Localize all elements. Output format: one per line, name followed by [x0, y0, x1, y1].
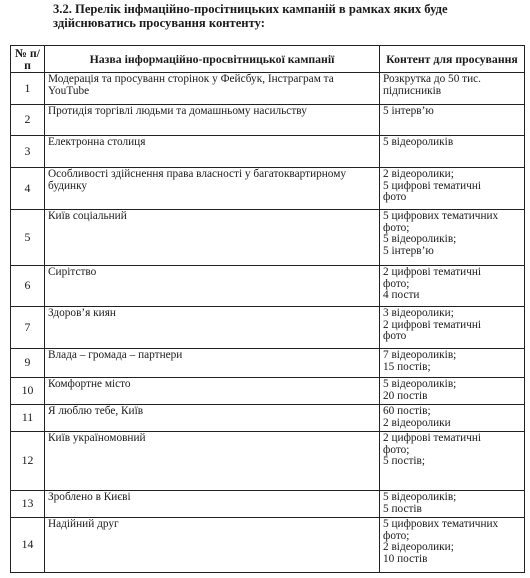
table-row: 13Зроблено в Києві5 відеороликів;5 пості… — [11, 491, 525, 518]
table-row: 12Київ україномовний2 цифрові тематичніф… — [11, 432, 525, 491]
row-number: 5 — [11, 210, 45, 266]
content-item: 15 постів; — [383, 362, 522, 374]
content-item: Розкрутка до 50 тис. — [383, 74, 522, 86]
campaign-content: 5 інтерв’ю — [380, 105, 525, 136]
table-row: 9Влада – громада – партнери7 відеороликі… — [11, 349, 525, 378]
header-campaign-name: Назва інформаційно-просвітницької кампан… — [45, 46, 380, 73]
table-row: 3Електронна столиця5 відеороликів — [11, 136, 525, 168]
campaign-content: 2 відеоролики;5 цифрові тематичніфото — [380, 168, 525, 210]
campaign-content: 3 відеоролики;2 цифрові тематичніфото — [380, 307, 525, 349]
campaign-content: 5 відеороликів;5 постів — [380, 491, 525, 518]
campaign-content: 2 цифрові тематичніфото;4 пости — [380, 266, 525, 307]
content-item: фото — [383, 192, 522, 204]
row-number: 12 — [11, 432, 45, 491]
table-header-row: № п/п Назва інформаційно-просвітницької … — [11, 46, 525, 73]
campaign-name: Влада – громада – партнери — [45, 349, 380, 378]
content-item: 2 відеоролики — [383, 418, 522, 430]
campaign-name: Я люблю тебе, Київ — [45, 405, 380, 432]
row-number: 13 — [11, 491, 45, 518]
table-row: 10Комфортне місто5 відеороликів;20 пості… — [11, 378, 525, 405]
row-number: 9 — [11, 349, 45, 378]
content-item: 5 цифрових тематичних — [383, 211, 522, 223]
campaign-name: Здоров’я киян — [45, 307, 380, 349]
row-number: 11 — [11, 405, 45, 432]
content-item: 2 цифрові тематичні — [383, 433, 522, 445]
table-row: 11Я люблю тебе, Київ60 постів;2 відеорол… — [11, 405, 525, 432]
campaign-content: 5 відеороликів — [380, 136, 525, 168]
campaign-content: 2 цифрові тематичніфото;5 постів; — [380, 432, 525, 491]
content-item: 5 постів; — [383, 456, 522, 468]
campaigns-table: № п/п Назва інформаційно-просвітницької … — [10, 45, 525, 573]
row-number: 2 — [11, 105, 45, 136]
row-number: 10 — [11, 378, 45, 405]
table-row: 14Надійний друг5 цифрових тематичнихфото… — [11, 518, 525, 573]
campaign-name: Зроблено в Києві — [45, 491, 380, 518]
content-item: 60 постів; — [383, 406, 522, 418]
campaign-name: Протидія торгівлі людьми та домашньому н… — [45, 105, 380, 136]
content-item: 10 постів — [383, 554, 522, 566]
table-row: 2Протидія торгівлі людьми та домашньому … — [11, 105, 525, 136]
campaign-content: 7 відеороликів;15 постів; — [380, 349, 525, 378]
campaign-content: 60 постів;2 відеоролики — [380, 405, 525, 432]
table-row: 4Особливості здійснення права власності … — [11, 168, 525, 210]
row-number: 3 — [11, 136, 45, 168]
row-number: 6 — [11, 266, 45, 307]
content-item: 5 інтерв’ю — [383, 246, 522, 258]
content-item: 2 відеоролики; — [383, 169, 522, 181]
content-item: 5 інтерв’ю — [383, 106, 522, 118]
row-number: 1 — [11, 73, 45, 105]
content-item: 5 цифрових тематичних — [383, 519, 522, 531]
row-number: 14 — [11, 518, 45, 573]
campaign-content: 5 цифрових тематичнихфото;5 відеороликів… — [380, 210, 525, 266]
campaign-name: Комфортне місто — [45, 378, 380, 405]
section-title: 3.2. Перелік інфмаційно-просітницьких ка… — [53, 3, 523, 30]
content-item: 5 відеороликів; — [383, 492, 522, 504]
campaign-name: Модерація та просуванн сторінок у Фейсбу… — [45, 73, 380, 105]
table-row: 7Здоров’я киян3 відеоролики;2 цифрові те… — [11, 307, 525, 349]
campaign-content: 5 відеороликів;20 постів — [380, 378, 525, 405]
campaign-content: 5 цифрових тематичнихфото;2 відеоролики;… — [380, 518, 525, 573]
campaign-name: Київ соціальний — [45, 210, 380, 266]
content-item: 5 відеороликів; — [383, 379, 522, 391]
table-body: 1Модерація та просуванн сторінок у Фейсб… — [11, 73, 525, 573]
campaign-name: Надійний друг — [45, 518, 380, 573]
table-row: 5Київ соціальний5 цифрових тематичнихфот… — [11, 210, 525, 266]
campaign-name: Сирітство — [45, 266, 380, 307]
table-row: 1Модерація та просуванн сторінок у Фейсб… — [11, 73, 525, 105]
content-item: 7 відеороликів; — [383, 350, 522, 362]
header-number: № п/п — [11, 46, 45, 73]
campaign-name: Електронна столиця — [45, 136, 380, 168]
campaign-name: Особливості здійснення права власності у… — [45, 168, 380, 210]
table-row: 6Сирітство2 цифрові тематичніфото;4 пост… — [11, 266, 525, 307]
content-item: фото — [383, 331, 522, 343]
content-item: 5 відеороликів — [383, 137, 522, 149]
content-item: 5 постів — [383, 504, 522, 516]
row-number: 7 — [11, 307, 45, 349]
content-item: 3 відеоролики; — [383, 308, 522, 320]
header-content: Контент для просування — [380, 46, 525, 73]
content-item: 2 цифрові тематичні — [383, 267, 522, 279]
row-number: 4 — [11, 168, 45, 210]
campaign-name: Київ україномовний — [45, 432, 380, 491]
content-item: підписників — [383, 86, 522, 98]
content-item: 4 пости — [383, 290, 522, 302]
campaign-content: Розкрутка до 50 тис.підписників — [380, 73, 525, 105]
content-item: 20 постів — [383, 391, 522, 403]
